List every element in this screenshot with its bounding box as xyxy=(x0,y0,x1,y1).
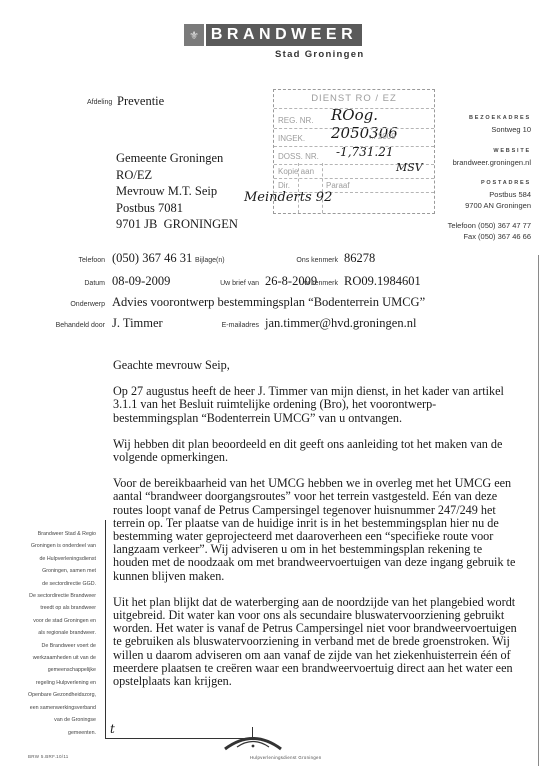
postal-address-label: POSTADRES xyxy=(465,178,531,189)
website-block: WEBSITE brandweer.groningen.nl xyxy=(453,146,531,168)
note-line: als regionale brandweer. xyxy=(0,627,96,639)
phone-label: Telefoon xyxy=(40,257,105,264)
stamp-label-kopie: Kopie aan xyxy=(278,167,314,176)
phone-value: (050) 367 46 31 xyxy=(112,251,192,266)
department-label: Afdeling xyxy=(87,99,112,106)
subject-label: Onderwerp xyxy=(40,301,105,308)
brand-name: BRANDWEER xyxy=(206,26,362,44)
handled-by-label: Behandeld door xyxy=(20,322,105,329)
website-label: WEBSITE xyxy=(453,146,531,157)
postal-address-block: POSTADRES Postbus 584 9700 AN Groningen xyxy=(465,178,531,211)
note-line: De sectordirectie Brandweer xyxy=(0,590,96,602)
date-value: 08-09-2009 xyxy=(112,274,170,289)
handwritten-note: Meinderts 92 xyxy=(244,190,332,205)
stamp-value-dir: Paraaf xyxy=(326,181,350,190)
note-line: de Hulpverleningsdienst xyxy=(0,553,96,565)
note-line: Brandweer Stad & Regio xyxy=(0,528,96,540)
note-line: de sectordirectie GGD. xyxy=(0,578,96,590)
your-reference-label: Uw kenmerk xyxy=(280,280,338,287)
note-line: van de Groningse xyxy=(0,714,96,726)
form-code: BRW 5.BRF.10/11 xyxy=(28,754,69,759)
your-reference-value: RO09.1984601 xyxy=(344,274,421,289)
stamp-value-kopie: MSV xyxy=(396,161,423,174)
stamp-label-dir: Dir. xyxy=(278,181,290,190)
visit-address-label-block: BEZOEKADRES Sontweg 10 xyxy=(469,113,531,135)
visit-address-label: BEZOEKADRES xyxy=(469,113,531,124)
recipient-line: RO/EZ xyxy=(116,167,238,184)
phone: Telefoon (050) 367 47 77 xyxy=(448,220,531,231)
note-line: voor de stad Groningen en xyxy=(0,615,96,627)
handled-by-value: J. Timmer xyxy=(112,316,163,331)
recipient-line: 9701 JB GRONINGEN xyxy=(116,216,238,233)
your-letter-label: Uw brief van xyxy=(195,280,259,287)
note-line: De Brandweer voert de xyxy=(0,640,96,652)
recipient-line: Postbus 7081 xyxy=(116,200,238,217)
subject-value: Advies voorontwerp bestemmingsplan “Bode… xyxy=(112,295,425,310)
page-mark: t xyxy=(110,722,115,736)
postal-address-line1: Postbus 584 xyxy=(465,189,531,200)
organization-note: Brandweer Stad & Regio Groningen is onde… xyxy=(0,528,96,739)
note-line: gemeenten. xyxy=(0,727,96,739)
our-reference-value: 86278 xyxy=(344,251,375,266)
stamp-value-ingek: ... 2009 xyxy=(369,132,396,141)
fire-brigade-emblem-icon: ⚜ xyxy=(184,24,206,46)
salutation: Geachte mevrouw Seip, xyxy=(113,359,517,372)
right-edge-rule xyxy=(538,255,539,766)
brand-subtitle: Stad Groningen xyxy=(275,49,364,60)
visit-address: Sontweg 10 xyxy=(469,124,531,135)
contact-block: Telefoon (050) 367 47 77 Fax (050) 367 4… xyxy=(448,220,531,242)
hvd-arc-logo-icon xyxy=(222,730,284,752)
note-line: treedt op als brandweer xyxy=(0,602,96,614)
fax: Fax (050) 367 46 66 xyxy=(448,231,531,242)
stamp-title: DIENST RO / EZ xyxy=(274,93,434,104)
email-label: E-mailadres xyxy=(195,322,259,329)
note-line: Openbare Gezondheidszorg, xyxy=(0,689,96,701)
stamp-label-ingek: INGEK. xyxy=(278,134,305,143)
note-line: gemeenschappelijke xyxy=(0,664,96,676)
note-line: regeling Hulpverlening en xyxy=(0,677,96,689)
department-value: Preventie xyxy=(117,94,164,109)
attachments-label: Bijlage(n) xyxy=(195,257,225,264)
letter-body: Geachte mevrouw Seip, Op 27 augustus hee… xyxy=(113,359,517,701)
left-margin-rule xyxy=(105,520,106,739)
postal-address-line2: 9700 AN Groningen xyxy=(465,200,531,211)
date-label: Datum xyxy=(40,280,105,287)
stamp-label-doss: DOSS. NR. xyxy=(278,152,319,161)
note-line: Groningen is onderdeel van xyxy=(0,540,96,552)
recipient-address: Gemeente Groningen RO/EZ Mevrouw M.T. Se… xyxy=(116,150,238,233)
note-line: een samenwerkingsverband xyxy=(0,702,96,714)
brandweer-logo: ⚜ BRANDWEER xyxy=(184,24,362,46)
recipient-line: Gemeente Groningen xyxy=(116,150,238,167)
note-line: Groningen, samen met xyxy=(0,565,96,577)
recipient-line: Mevrouw M.T. Seip xyxy=(116,183,238,200)
body-paragraph: Op 27 augustus heeft de heer J. Timmer v… xyxy=(113,385,517,425)
organization-name: Hulpverleningsdienst Groningen xyxy=(250,755,322,760)
our-reference-label: Ons kenmerk xyxy=(280,257,338,264)
body-paragraph: Wij hebben dit plan beoordeeld en dit ge… xyxy=(113,438,517,464)
note-line: werkzaamheden uit van de xyxy=(0,652,96,664)
stamp-label-reg: REG. NR. xyxy=(278,116,314,125)
email-value[interactable]: jan.timmer@hvd.groningen.nl xyxy=(265,316,416,331)
body-paragraph: Uit het plan blijkt dat de waterberging … xyxy=(113,596,517,688)
stamp-value-doss: -1,731.21 xyxy=(336,145,394,159)
body-paragraph: Voor de bereikbaarheid van het UMCG hebb… xyxy=(113,477,517,583)
website: brandweer.groningen.nl xyxy=(453,157,531,168)
